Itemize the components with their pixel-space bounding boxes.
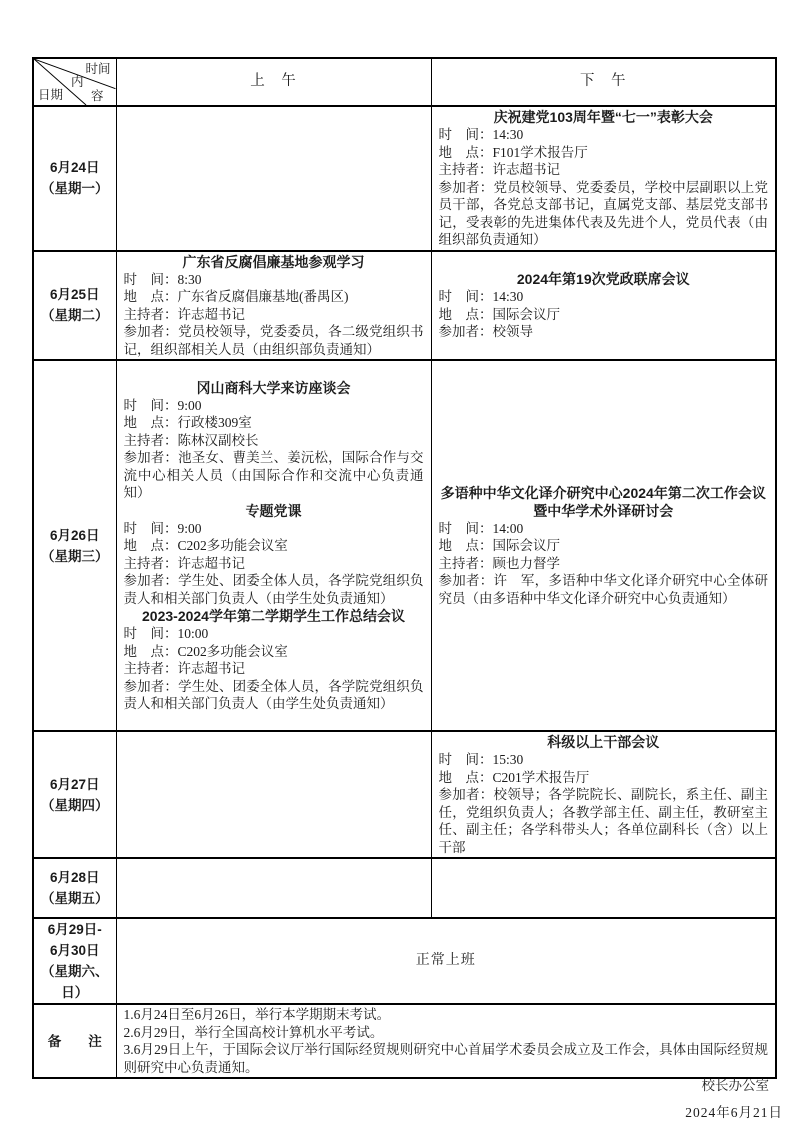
event-host-line: 主持者：许志超书记 [439, 161, 769, 179]
morning-column-header: 上 午 [116, 58, 431, 106]
event-host-line: 主持者：陈林汉副校长 [124, 432, 424, 450]
remarks-label-cell: 备 注 [33, 1004, 116, 1078]
event: 多语种中华文化译介研究中心2024年第二次工作会议暨中华学术外译研讨会 时 间：… [439, 484, 769, 608]
date-cell-jun28: 6月28日 （星期五） [33, 858, 116, 918]
footer-date: 2024年6月21日 [0, 1099, 783, 1126]
event-title: 科级以上干部会议 [439, 733, 769, 751]
event-host-line: 主持者：许志超书记 [124, 555, 424, 573]
schedule-table: 时间 内 容 日期 上 午 下 午 6月24日 （星期一） 庆祝建党103周年暨… [32, 57, 777, 1079]
event: 科级以上干部会议 时 间：15:30 地 点：C201学术报告厅 参加者：校领导… [439, 733, 769, 856]
event: 2023-2024学年第二学期学生工作总结会议 时 间：10:00 地 点：C2… [124, 607, 424, 713]
event-place-line: 地 点：F101学术报告厅 [439, 144, 769, 162]
weekday-label: （星期三） [36, 546, 114, 567]
event-host-line: 主持者：顾也力督学 [439, 555, 769, 573]
afternoon-cell-jun24: 庆祝建党103周年暨“七一”表彰大会 时 间：14:30 地 点：F101学术报… [431, 106, 776, 251]
afternoon-cell-jun28 [431, 858, 776, 918]
morning-cell-jun28 [116, 858, 431, 918]
weekday-label: （星期二） [36, 305, 114, 326]
event-title: 广东省反腐倡廉基地参观学习 [124, 253, 424, 271]
event-time-line: 时 间：15:30 [439, 751, 769, 769]
footer: 校长办公室 2024年6月21日 [0, 1072, 783, 1126]
weekday-label: （星期五） [36, 888, 114, 909]
event-participants-line: 参加者：学生处、团委全体人员，各学院党组织负责人和相关部门负责人（由学生处负责通… [124, 678, 424, 713]
date-label: 6月28日 [36, 867, 114, 888]
morning-cell-jun26: 冈山商科大学来访座谈会 时 间：9:00 地 点：行政楼309室 主持者：陈林汉… [116, 360, 431, 731]
afternoon-cell-jun27: 科级以上干部会议 时 间：15:30 地 点：C201学术报告厅 参加者：校领导… [431, 731, 776, 858]
date-label: 6月26日 [36, 525, 114, 546]
event: 2024年第19次党政联席会议 时 间：14:30 地 点：国际会议厅 参加者：… [439, 270, 769, 341]
event-title: 冈山商科大学来访座谈会 [124, 379, 424, 397]
weekday-label: （星期一） [36, 178, 114, 199]
footer-office: 校长办公室 [0, 1072, 769, 1099]
event-time-line: 时 间：8:30 [124, 271, 424, 289]
event-participants-line: 参加者：党员校领导、党委委员，学校中层副职以上党员干部，各党总支部书记，直属党支… [439, 179, 769, 249]
event-place-line: 地 点：广东省反腐倡廉基地(番禺区) [124, 288, 424, 306]
event: 庆祝建党103周年暨“七一”表彰大会 时 间：14:30 地 点：F101学术报… [439, 108, 769, 249]
remarks-cell: 1.6月24日至6月26日，举行本学期期末考试。 2.6月29日，举行全国高校计… [116, 1004, 776, 1078]
row-remarks: 备 注 1.6月24日至6月26日，举行本学期期末考试。 2.6月29日，举行全… [33, 1004, 776, 1078]
remark-note-3: 3.6月29日上午，于国际会议厅举行国际经贸规则研究中心首届学术委员会成立及工作… [124, 1041, 769, 1076]
date-label: 6月24日 [36, 157, 114, 178]
event-title: 2023-2024学年第二学期学生工作总结会议 [124, 607, 424, 625]
morning-cell-jun24 [116, 106, 431, 251]
corner-content-label-top: 内 [71, 75, 84, 89]
event-participants-line: 参加者：校领导 [439, 323, 769, 341]
remark-note-1: 1.6月24日至6月26日，举行本学期期末考试。 [124, 1006, 769, 1024]
event-host-line: 主持者：许志超书记 [124, 306, 424, 324]
date-cell-jun27: 6月27日 （星期四） [33, 731, 116, 858]
event-participants-line: 参加者：许 军，多语种中华文化译介研究中心全体研究员（由多语种中华文化译介研究中… [439, 572, 769, 607]
normal-work-cell: 正常上班 [116, 918, 776, 1004]
event-participants-line: 参加者：池圣女、曹美兰、姜沅松，国际合作与交流中心相关人员（由国际合作和交流中心… [124, 449, 424, 502]
corner-content-label-bottom: 容 [91, 89, 104, 103]
event: 专题党课 时 间：9:00 地 点：C202多功能会议室 主持者：许志超书记 参… [124, 502, 424, 608]
corner-date-label: 日期 [38, 88, 63, 102]
date-cell-jun24: 6月24日 （星期一） [33, 106, 116, 251]
date-label: 6月25日 [36, 284, 114, 305]
page: 时间 内 容 日期 上 午 下 午 6月24日 （星期一） 庆祝建党103周年暨… [0, 0, 799, 1131]
weekday-label: （星期四） [36, 795, 114, 816]
morning-cell-jun25: 广东省反腐倡廉基地参观学习 时 间：8:30 地 点：广东省反腐倡廉基地(番禺区… [116, 251, 431, 361]
event-place-line: 地 点：C202多功能会议室 [124, 643, 424, 661]
row-jun26: 6月26日 （星期三） 冈山商科大学来访座谈会 时 间：9:00 地 点：行政楼… [33, 360, 776, 731]
morning-cell-jun27 [116, 731, 431, 858]
event-time-line: 时 间：10:00 [124, 625, 424, 643]
date-label: 6月29日- [36, 919, 114, 940]
remark-note-2: 2.6月29日，举行全国高校计算机水平考试。 [124, 1024, 769, 1042]
event-time-line: 时 间：14:00 [439, 520, 769, 538]
corner-cell: 时间 内 容 日期 [33, 58, 116, 106]
event-title: 庆祝建党103周年暨“七一”表彰大会 [439, 108, 769, 126]
afternoon-cell-jun25: 2024年第19次党政联席会议 时 间：14:30 地 点：国际会议厅 参加者：… [431, 251, 776, 361]
event-participants-line: 参加者：校领导；各学院院长、副院长，系主任、副主任，党组织负责人；各教学部主任、… [439, 786, 769, 856]
row-jun27: 6月27日 （星期四） 科级以上干部会议 时 间：15:30 地 点：C201学… [33, 731, 776, 858]
event-place-line: 地 点：国际会议厅 [439, 306, 769, 324]
weekday-label: （星期六、日） [36, 961, 114, 1003]
event-time-line: 时 间：14:30 [439, 288, 769, 306]
event: 广东省反腐倡廉基地参观学习 时 间：8:30 地 点：广东省反腐倡廉基地(番禺区… [124, 253, 424, 359]
date-label: 6月30日 [36, 940, 114, 961]
event-participants-line: 参加者：学生处、团委全体人员，各学院党组织负责人和相关部门负责人（由学生处负责通… [124, 572, 424, 607]
event-place-line: 地 点：国际会议厅 [439, 537, 769, 555]
event-place-line: 地 点：C202多功能会议室 [124, 537, 424, 555]
row-jun24: 6月24日 （星期一） 庆祝建党103周年暨“七一”表彰大会 时 间：14:30… [33, 106, 776, 251]
date-cell-jun29-30: 6月29日- 6月30日 （星期六、日） [33, 918, 116, 1004]
date-cell-jun25: 6月25日 （星期二） [33, 251, 116, 361]
event-host-line: 主持者：许志超书记 [124, 660, 424, 678]
event-place-line: 地 点：行政楼309室 [124, 414, 424, 432]
date-cell-jun26: 6月26日 （星期三） [33, 360, 116, 731]
event-place-line: 地 点：C201学术报告厅 [439, 769, 769, 787]
event-participants-line: 参加者：党员校领导，党委委员，各二级党组织书记，组织部相关人员（由组织部负责通知… [124, 323, 424, 358]
event-time-line: 时 间：9:00 [124, 397, 424, 415]
corner-time-label: 时间 [85, 62, 110, 76]
event-title: 2024年第19次党政联席会议 [439, 270, 769, 288]
row-jun29-30: 6月29日- 6月30日 （星期六、日） 正常上班 [33, 918, 776, 1004]
event-title: 专题党课 [124, 502, 424, 520]
event: 冈山商科大学来访座谈会 时 间：9:00 地 点：行政楼309室 主持者：陈林汉… [124, 379, 424, 502]
date-label: 6月27日 [36, 774, 114, 795]
row-jun25: 6月25日 （星期二） 广东省反腐倡廉基地参观学习 时 间：8:30 地 点：广… [33, 251, 776, 361]
afternoon-column-header: 下 午 [431, 58, 776, 106]
event-time-line: 时 间：14:30 [439, 126, 769, 144]
row-jun28: 6月28日 （星期五） [33, 858, 776, 918]
event-time-line: 时 间：9:00 [124, 520, 424, 538]
header-row: 时间 内 容 日期 上 午 下 午 [33, 58, 776, 106]
afternoon-cell-jun26: 多语种中华文化译介研究中心2024年第二次工作会议暨中华学术外译研讨会 时 间：… [431, 360, 776, 731]
event-title: 多语种中华文化译介研究中心2024年第二次工作会议暨中华学术外译研讨会 [439, 484, 769, 520]
